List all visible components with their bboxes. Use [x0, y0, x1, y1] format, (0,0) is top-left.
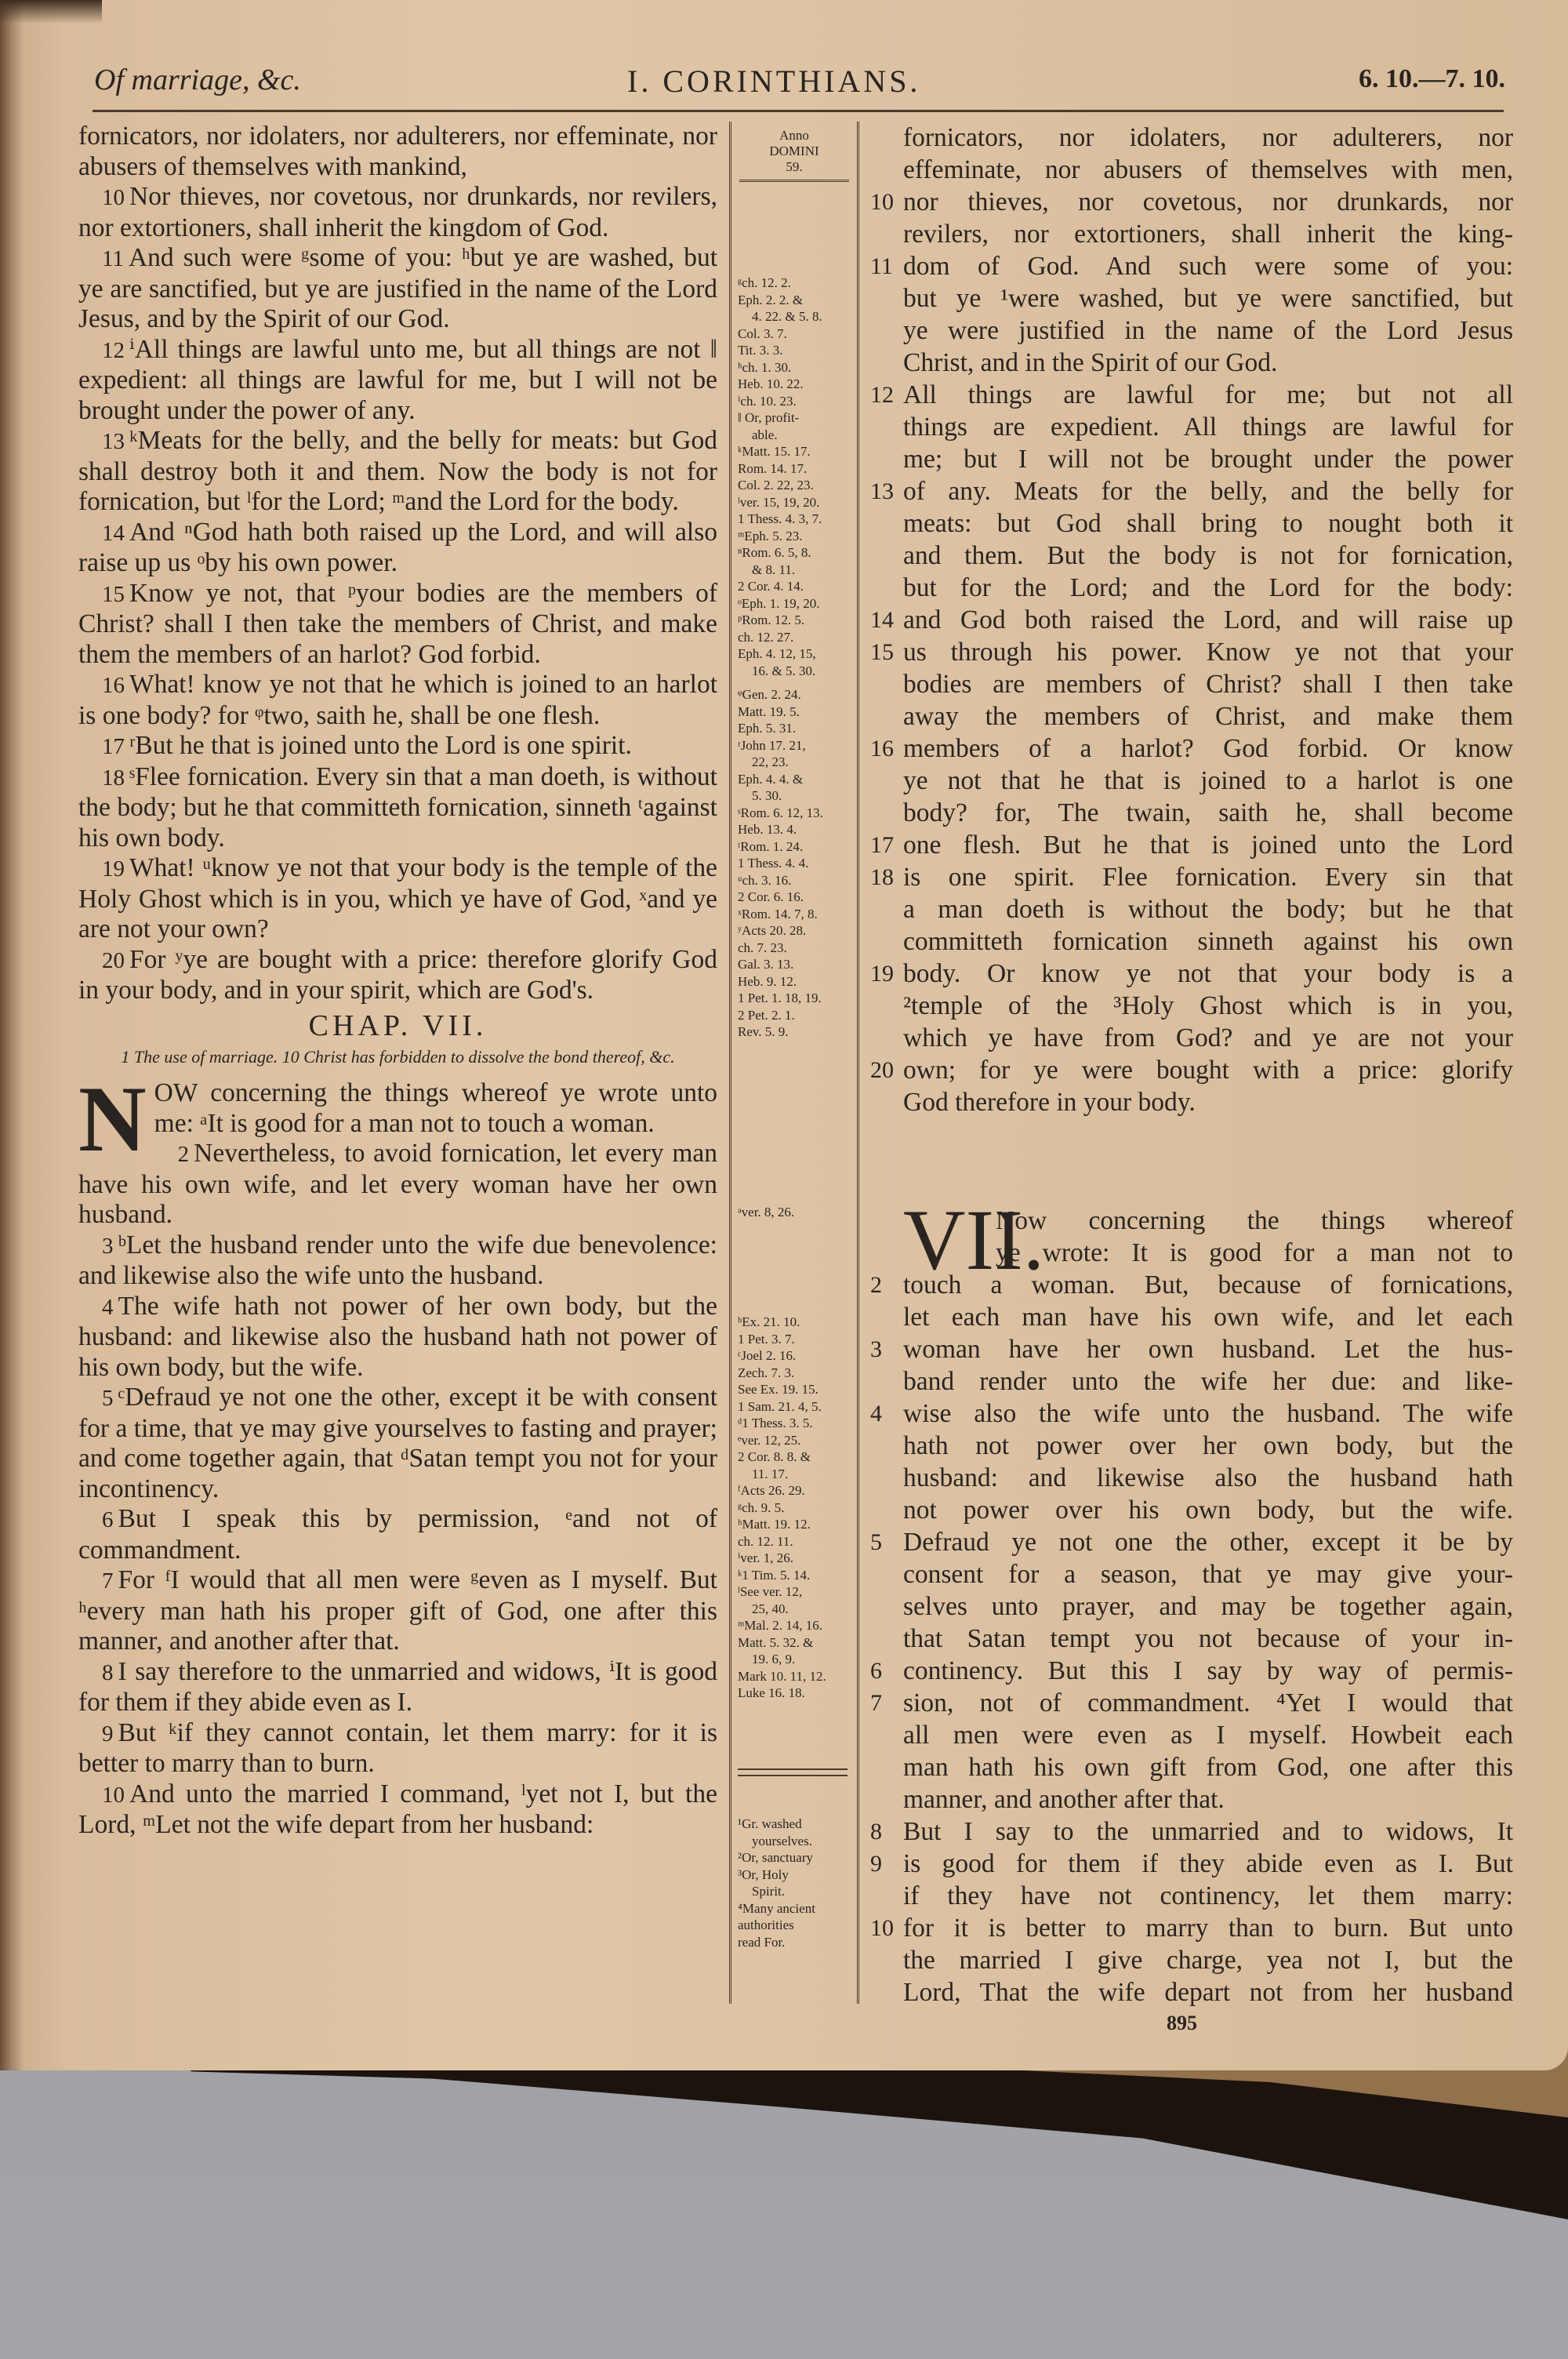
- verse-text: ⁱAll things are lawful unto me, but all …: [78, 335, 717, 425]
- line-text: and them. But the body is not for fornic…: [903, 541, 1513, 570]
- line-text: Christ, and in the Spirit of our God.: [903, 348, 1277, 377]
- verse-number: 15: [102, 582, 125, 607]
- line-text: wise also the wife unto the husband. The…: [903, 1399, 1513, 1428]
- verse-paragraph: 12ⁱAll things are lawful unto me, but al…: [78, 335, 717, 427]
- reference-entry: ¹Gr. washed: [738, 1816, 851, 1833]
- text-line: 14and God both raised the Lord, and will…: [870, 604, 1513, 636]
- line-text: God therefore in your body.: [903, 1088, 1196, 1117]
- chapter-6-verses: fornicators, nor idolaters, nor adultere…: [78, 122, 717, 1006]
- reference-entry: Gal. 3. 13.: [738, 956, 851, 973]
- text-line: 4wise also the wife unto the husband. Th…: [870, 1398, 1513, 1430]
- verse-paragraph: 19What! ᵘknow ye not that your body is t…: [78, 853, 717, 945]
- verse-number: 14: [102, 521, 125, 546]
- verse-number: 4: [102, 1295, 114, 1320]
- reference-entry: Heb. 13. 4.: [738, 821, 851, 838]
- text-line: 8 But I say to the unmarried and to wido…: [870, 1816, 1513, 1848]
- line-text: ye were justified in the name of the Lor…: [903, 316, 1513, 345]
- chapter-7-verses: N OW concerning the things whereof ye wr…: [78, 1078, 717, 1841]
- drop-cap: N: [78, 1081, 147, 1157]
- text-line: 5Defraud ye not one the other, except it…: [870, 1526, 1513, 1558]
- reference-entry: ᵘch. 3. 16.: [738, 872, 851, 889]
- verse-text: What! know ye not that he which is joine…: [78, 670, 717, 730]
- chapter-verse-range: 6. 10.—7. 10.: [1359, 64, 1505, 94]
- line-text: All things are lawful for me; but not al…: [903, 380, 1513, 409]
- verse-number: 16: [870, 732, 894, 765]
- line-text: but for the Lord; and the Lord for the b…: [903, 573, 1513, 602]
- verse-number: 12: [870, 379, 894, 411]
- text-line: 10for it is better to marry than to burn…: [870, 1912, 1513, 1944]
- reference-entry: Eph. 4. 4. &: [738, 771, 851, 788]
- verse-text: What! ᵘknow ye not that your body is the…: [78, 853, 717, 943]
- line-text: me; but I will not be brought under the …: [903, 445, 1513, 474]
- verse-number: 6: [102, 1507, 114, 1532]
- verse-paragraph: 10Nor thieves, nor covetous, nor drunkar…: [78, 182, 717, 243]
- verse-number: 14: [870, 604, 894, 636]
- text-line: 9is good for them if they abide even as …: [870, 1848, 1513, 1880]
- verse-number: 9: [870, 1848, 882, 1880]
- reference-entry: ⁱch. 10. 23.: [738, 393, 851, 410]
- verse-number: 5: [102, 1386, 114, 1411]
- text-line: 2touch a woman. But, because of fornicat…: [870, 1269, 1513, 1301]
- reference-entry: & 8. 11.: [738, 562, 851, 579]
- reference-entry: ˡSee ver. 12,: [738, 1583, 851, 1601]
- reference-entry: ᵒEph. 1. 19, 20.: [738, 595, 851, 612]
- text-line: ye not that he that is joined to a harlo…: [870, 765, 1513, 797]
- verse-paragraph: 15Know ye not, that ᵖyour bodies are the…: [78, 579, 717, 671]
- reference-entry: ⁿRom. 6. 5, 8.: [738, 544, 851, 562]
- margin-references-column: Anno DOMINI 59. ᵍch. 12. 2.Eph. 2. 2. &4…: [729, 122, 859, 2004]
- verse-number: 9: [102, 1721, 114, 1747]
- text-line: 6continency. But this I say by way of pe…: [870, 1655, 1513, 1687]
- reference-entry: Eph. 5. 31.: [738, 720, 851, 737]
- line-text: away the members of Christ, and make the…: [903, 702, 1513, 731]
- reference-entry: Luke 16. 18.: [738, 1685, 851, 1702]
- reference-entry: Mark 10. 11, 12.: [738, 1668, 851, 1685]
- line-text: hath not power over her own body, but th…: [903, 1431, 1513, 1460]
- reference-entry: ᵃver. 8, 26.: [738, 1204, 851, 1221]
- line-text: is one spirit. Flee fornication. Every s…: [903, 863, 1513, 892]
- line-text: consent for a season, that ye may give y…: [903, 1560, 1513, 1589]
- reference-entry: able.: [738, 427, 851, 444]
- page-header: Of marriage, &c. I. CORINTHIANS. 6. 10.—…: [94, 63, 1505, 102]
- line-text: and God both raised the Lord, and will r…: [903, 605, 1513, 634]
- verse-number: 3: [102, 1234, 114, 1259]
- text-line: but ye ¹were washed, but ye were sanctif…: [870, 282, 1513, 314]
- cross-references-block-3: ᵃver. 8, 26.: [738, 1204, 851, 1221]
- reference-entry: ʰMatt. 19. 12.: [738, 1516, 851, 1533]
- text-line: effeminate, nor abusers of themselves wi…: [870, 154, 1513, 186]
- reference-entry: ch. 12. 11.: [738, 1533, 851, 1550]
- line-text: us through his power. Know ye not that y…: [903, 638, 1513, 667]
- line-text: if they have not continency, let them ma…: [903, 1881, 1513, 1910]
- verse-number: 8: [102, 1660, 114, 1685]
- line-text: band render unto the wife her due: and l…: [903, 1367, 1513, 1396]
- line-text: things are expedient. All things are law…: [903, 413, 1513, 442]
- reference-entry: ch. 12. 27.: [738, 629, 851, 646]
- chapter-summary: 1 The use of marriage. 10 Christ has for…: [78, 1047, 717, 1067]
- verse-paragraph: 5ᶜDefraud ye not one the other, except i…: [78, 1383, 717, 1504]
- verse-number: 11: [870, 250, 893, 282]
- line-text: all men were even as I myself. Howbeit e…: [903, 1721, 1513, 1750]
- verse-number: 3: [870, 1333, 882, 1365]
- verse-number: 15: [870, 636, 894, 668]
- line-text: woman have her own husband. Let the hus-: [903, 1335, 1513, 1364]
- reference-entry: Spirit.: [738, 1883, 851, 1900]
- gutter-shadow: [0, 0, 24, 2070]
- verse-number: 5: [870, 1526, 882, 1558]
- verse-text: And ⁿGod hath both raised up the Lord, a…: [78, 518, 717, 578]
- verse-paragraph: OW concerning the things whereof ye wrot…: [78, 1078, 717, 1139]
- reference-entry: read For.: [738, 1934, 851, 1951]
- line-text: continency. But this I say by way of per…: [903, 1656, 1513, 1685]
- verse-paragraph: 17ʳBut he that is joined unto the Lord i…: [78, 731, 717, 762]
- verse-text: For ᶠI would that all men were ᵍeven as …: [78, 1565, 717, 1656]
- book-title: I. CORINTHIANS.: [627, 63, 920, 100]
- text-line: committeth fornication sinneth against h…: [870, 925, 1513, 958]
- margin-rule: [738, 1768, 848, 1776]
- reference-entry: 22, 23.: [738, 754, 851, 771]
- reference-entry: See Ex. 19. 15.: [738, 1381, 851, 1398]
- reference-entry: authorities: [738, 1917, 851, 1934]
- text-line: 20own; for ye were bought with a price: …: [870, 1054, 1513, 1086]
- text-line: selves unto prayer, and may be together …: [870, 1590, 1513, 1623]
- text-line: 7sion, not of commandment. ⁴Yet I would …: [870, 1687, 1513, 1719]
- reference-entry: Matt. 19. 5.: [738, 703, 851, 721]
- reference-entry: ʳJohn 17. 21,: [738, 737, 851, 754]
- verse-text: For ʸye are bought with a price: therefo…: [78, 945, 717, 1005]
- line-text: but ye ¹were washed, but ye were sanctif…: [903, 284, 1513, 313]
- verse-number: 17: [870, 829, 894, 861]
- anno-label: Anno: [739, 128, 849, 144]
- verse-text: I say therefore to the unmarried and wid…: [78, 1657, 717, 1717]
- reference-entry: ᶠActs 26. 29.: [738, 1482, 851, 1499]
- domini-label: DOMINI: [739, 144, 849, 159]
- cross-references-block-1: ᵍch. 12. 2.Eph. 2. 2. &4. 22. & 5. 8.Col…: [738, 274, 851, 679]
- verse-text: And such were ᵍsome of you: ʰbut ye are …: [78, 243, 717, 333]
- verse-number: 16: [102, 673, 125, 698]
- text-line: and them. But the body is not for fornic…: [870, 540, 1513, 572]
- reference-entry: 25, 40.: [738, 1601, 851, 1618]
- reference-entry: Heb. 10. 22.: [738, 376, 851, 393]
- text-line: meats: but God shall bring to nought bot…: [870, 507, 1513, 540]
- line-text: body? for, The twain, saith he, shall be…: [903, 798, 1513, 827]
- verse-paragraph: 8I say therefore to the unmarried and wi…: [78, 1657, 717, 1718]
- reference-entry: Col. 3. 7.: [738, 325, 851, 343]
- text-line: revilers, nor extortioners, shall inheri…: [870, 218, 1513, 250]
- text-line: husband: and likewise also the husband h…: [870, 1462, 1513, 1494]
- line-text: bodies are members of Christ? shall I th…: [903, 670, 1513, 699]
- reference-entry: Rev. 5. 9.: [738, 1023, 851, 1041]
- year-label: 59.: [739, 159, 849, 175]
- line-text: ye not that he that is joined to a harlo…: [903, 766, 1513, 795]
- verse-number: 17: [102, 734, 125, 759]
- verse-number: 18: [102, 765, 125, 791]
- text-line: man hath his own gift from God, one afte…: [870, 1751, 1513, 1783]
- line-text: Defraud ye not one the other, except it …: [903, 1528, 1513, 1557]
- line-text: Now concerning the things whereof: [996, 1206, 1513, 1235]
- header-rule: [93, 110, 1504, 112]
- line-text: effeminate, nor abusers of themselves wi…: [903, 155, 1513, 184]
- verse-text: ᵏMeats for the belly, and the belly for …: [78, 426, 717, 516]
- bible-page: Of marriage, &c. I. CORINTHIANS. 6. 10.—…: [0, 0, 1568, 2070]
- verse-text: And unto the married I command, ˡyet not…: [78, 1779, 717, 1840]
- line-text: touch a woman. But, because of fornicati…: [903, 1270, 1513, 1299]
- verse-text: Nevertheless, to avoid fornication, let …: [78, 1139, 717, 1229]
- verse-paragraph: 11And such were ᵍsome of you: ʰbut ye ar…: [78, 243, 717, 335]
- verse-number: 4: [870, 1398, 882, 1430]
- reference-entry: 2 Pet. 2. 1.: [738, 1007, 851, 1024]
- text-line: 3woman have her own husband. Let the hus…: [870, 1333, 1513, 1365]
- reference-entry: ᵖRom. 12. 5.: [738, 612, 851, 629]
- revised-version-column: fornicators, nor idolaters, nor adultere…: [870, 122, 1513, 2008]
- reference-entry: Rom. 14. 17.: [738, 460, 851, 478]
- line-text: of any. Meats for the belly, and the bel…: [903, 477, 1513, 506]
- reference-entry: ᵏMatt. 15. 17.: [738, 443, 851, 460]
- text-line: 15us through his power. Know ye not that…: [870, 636, 1513, 668]
- verse-number: 6: [870, 1655, 882, 1687]
- reference-entry: 2 Cor. 4. 14.: [738, 578, 851, 595]
- verse-text: ˢFlee fornication. Every sin that a man …: [78, 762, 717, 852]
- verse-text: But ᵏif they cannot contain, let them ma…: [78, 1718, 717, 1779]
- cross-references-block-4: ᵇEx. 21. 10.1 Pet. 3. 7.ᶜJoel 2. 16.Zech…: [738, 1314, 851, 1702]
- verse-paragraph: 14And ⁿGod hath both raised up the Lord,…: [78, 518, 717, 579]
- verse-number: 13: [870, 475, 894, 507]
- text-line: consent for a season, that ye may give y…: [870, 1558, 1513, 1590]
- verse-number: 7: [870, 1687, 882, 1719]
- verse-paragraph: 18ˢFlee fornication. Every sin that a ma…: [78, 762, 717, 854]
- verse-number: 2: [178, 1142, 190, 1167]
- text-line: 16members of a harlot? God forbid. Or kn…: [870, 732, 1513, 765]
- verse-number: 19: [870, 958, 894, 990]
- text-line: 11dom of God. And such were some of you:: [870, 250, 1513, 282]
- chapter-heading: CHAP. VII.: [78, 1011, 717, 1041]
- reference-entry: Tit. 3. 3.: [738, 342, 851, 359]
- verse-text: ᶜDefraud ye not one the other, except it…: [78, 1383, 717, 1503]
- reference-entry: ʸActs 20. 28.: [738, 922, 851, 940]
- line-text: members of a harlot? God forbid. Or know: [903, 734, 1513, 763]
- line-text: own; for ye were bought with a price: gl…: [903, 1056, 1513, 1085]
- verse-number: 20: [102, 948, 125, 973]
- reference-entry: 2 Cor. 8. 8. &: [738, 1448, 851, 1466]
- verse-number: 18: [870, 861, 894, 893]
- reference-entry: 2 Cor. 6. 16.: [738, 889, 851, 906]
- verse-number: 10: [102, 1783, 125, 1808]
- line-text: a man doeth is without the body; but he …: [903, 895, 1513, 924]
- line-text: selves unto prayer, and may be together …: [903, 1592, 1513, 1621]
- line-text: dom of God. And such were some of you:: [903, 252, 1513, 281]
- verse-text: fornicators, nor idolaters, nor adultere…: [78, 122, 717, 181]
- verse-paragraph: 4The wife hath not power of her own body…: [78, 1292, 717, 1383]
- reference-entry: ᵠGen. 2. 24.: [738, 686, 851, 703]
- verse-number: 12: [102, 338, 125, 363]
- text-line: 19body. Or know ye not that your body is…: [870, 958, 1513, 990]
- text-line: not power over his own body, but the wif…: [870, 1494, 1513, 1526]
- text-line: a man doeth is without the body; but he …: [870, 893, 1513, 925]
- verse-number: 20: [870, 1054, 894, 1086]
- line-text: manner, and another after that.: [903, 1785, 1225, 1814]
- reference-entry: ᶜJoel 2. 16.: [738, 1347, 851, 1365]
- verse-number: 10: [870, 186, 894, 218]
- text-line: if they have not continency, let them ma…: [870, 1880, 1513, 1912]
- verse-paragraph: 6But I speak this by permission, ᵉand no…: [78, 1504, 717, 1565]
- text-line: but for the Lord; and the Lord for the b…: [870, 572, 1513, 604]
- verse-number: 13: [102, 429, 125, 454]
- text-line: ye wrote: It is good for a man not to: [870, 1237, 1513, 1269]
- reference-entry: 4. 22. & 5. 8.: [738, 308, 851, 325]
- text-line: things are expedient. All things are law…: [870, 411, 1513, 443]
- line-text: But I say to the unmarried and to widows…: [903, 1817, 1513, 1846]
- verse-paragraph: 7For ᶠI would that all men were ᵍeven as…: [78, 1565, 717, 1657]
- line-text: nor thieves, nor covetous, nor drunkards…: [903, 187, 1513, 216]
- verse-text: ᵇLet the husband render unto the wife du…: [78, 1230, 717, 1291]
- reference-entry: Eph. 4. 12, 15,: [738, 645, 851, 663]
- reference-entry: yourselves.: [738, 1833, 851, 1850]
- text-line: Lord, That the wife depart not from her …: [870, 1976, 1513, 2008]
- reference-entry: ᵉver. 12, 25.: [738, 1432, 851, 1449]
- line-text: body. Or know ye not that your body is a: [903, 959, 1513, 988]
- verse-number: 19: [102, 856, 125, 881]
- line-text: meats: but God shall bring to nought bot…: [903, 509, 1513, 538]
- reference-entry: ᵐEph. 5. 23.: [738, 528, 851, 545]
- reference-entry: ‖ Or, profit-: [738, 409, 851, 427]
- text-line: ²temple of the ³Holy Ghost which is in y…: [870, 990, 1513, 1022]
- text-line: ye were justified in the name of the Lor…: [870, 314, 1513, 347]
- line-text: not power over his own body, but the wif…: [903, 1496, 1513, 1525]
- line-text: revilers, nor extortioners, shall inheri…: [903, 220, 1513, 249]
- reference-entry: Eph. 2. 2. &: [738, 292, 851, 309]
- line-text: committeth fornication sinneth against h…: [903, 927, 1513, 956]
- reference-entry: 19. 6, 9.: [738, 1651, 851, 1668]
- line-text: Lord, That the wife depart not from her …: [903, 1978, 1513, 2007]
- reference-entry: ²Or, sanctuary: [738, 1849, 851, 1866]
- text-line: all men were even as I myself. Howbeit e…: [870, 1719, 1513, 1751]
- line-text: ²temple of the ³Holy Ghost which is in y…: [903, 991, 1513, 1020]
- verse-number: 8: [870, 1816, 882, 1848]
- reference-entry: Matt. 5. 32. &: [738, 1634, 851, 1652]
- text-line: that Satan tempt you not because of your…: [870, 1623, 1513, 1655]
- rv-chapter-7-lines: Now concerning the things whereofye wrot…: [870, 1205, 1513, 2008]
- text-line: manner, and another after that.: [870, 1783, 1513, 1816]
- reference-entry: ᵏ1 Tim. 5. 14.: [738, 1567, 851, 1584]
- line-text: husband: and likewise also the husband h…: [903, 1463, 1513, 1492]
- line-text: man hath his own gift from God, one afte…: [903, 1753, 1513, 1782]
- verse-text: Know ye not, that ᵖyour bodies are the m…: [78, 579, 717, 669]
- reference-entry: ᵍch. 12. 2.: [738, 274, 851, 292]
- line-text: sion, not of commandment. ⁴Yet I would t…: [903, 1688, 1513, 1717]
- cross-references-block-2: ᵠGen. 2. 24.Matt. 19. 5.Eph. 5. 31.ʳJohn…: [738, 686, 851, 1041]
- line-text: that Satan tempt you not because of your…: [903, 1624, 1513, 1653]
- text-line: away the members of Christ, and make the…: [870, 700, 1513, 732]
- line-text: which ye have from God? and ye are not y…: [903, 1023, 1513, 1052]
- reference-entry: ch. 7. 23.: [738, 940, 851, 957]
- reference-entry: Zech. 7. 3.: [738, 1365, 851, 1382]
- reference-entry: ʰch. 1. 30.: [738, 359, 851, 376]
- line-text: is good for them if they abide even as I…: [903, 1849, 1513, 1878]
- text-line: let each man have his own wife, and let …: [870, 1301, 1513, 1333]
- reference-entry: 11. 17.: [738, 1466, 851, 1483]
- reference-entry: 1 Thess. 4. 3, 7.: [738, 511, 851, 528]
- line-text: for it is better to marry than to burn. …: [903, 1914, 1513, 1943]
- revised-version-notes: ¹Gr. washedyourselves.²Or, sanctuary³Or,…: [738, 1816, 851, 1950]
- verse-text: The wife hath not power of her own body,…: [78, 1292, 717, 1382]
- text-line: Christ, and in the Spirit of our God.: [870, 347, 1513, 379]
- running-head: Of marriage, &c.: [94, 63, 301, 97]
- verse-paragraph: 16What! know ye not that he which is joi…: [78, 670, 717, 731]
- reference-entry: 16. & 5. 30.: [738, 663, 851, 680]
- reference-entry: Heb. 9. 12.: [738, 973, 851, 990]
- text-line: bodies are members of Christ? shall I th…: [870, 668, 1513, 700]
- verse-paragraph: 20For ʸye are bought with a price: there…: [78, 945, 717, 1006]
- text-line: the married I give charge, yea not I, bu…: [870, 1944, 1513, 1976]
- reference-entry: ᵇEx. 21. 10.: [738, 1314, 851, 1331]
- reference-entry: ˣRom. 14. 7, 8.: [738, 906, 851, 923]
- reference-entry: 1 Sam. 21. 4, 5.: [738, 1398, 851, 1416]
- text-line: 17one flesh. But he that is joined unto …: [870, 829, 1513, 861]
- reference-entry: ⁴Many ancient: [738, 1900, 851, 1917]
- verse-text: OW concerning the things whereof ye wrot…: [154, 1078, 717, 1138]
- line-text: the married I give charge, yea not I, bu…: [903, 1946, 1513, 1975]
- verse-text: Nor thieves, nor covetous, nor drunkards…: [78, 182, 717, 242]
- text-line: 13of any. Meats for the belly, and the b…: [870, 475, 1513, 507]
- reference-entry: ᵗRom. 1. 24.: [738, 838, 851, 856]
- reference-entry: Col. 2. 22, 23.: [738, 477, 851, 494]
- anno-domini-box: Anno DOMINI 59.: [739, 122, 849, 182]
- rv-chapter-7: VII. Now concerning the things whereofye…: [870, 1205, 1513, 2008]
- authorized-version-column: fornicators, nor idolaters, nor adultere…: [78, 122, 717, 1841]
- reference-entry: ⁱver. 1, 26.: [738, 1550, 851, 1567]
- verse-number: 7: [102, 1568, 114, 1594]
- reference-entry: 1 Pet. 1. 18, 19.: [738, 990, 851, 1007]
- corner-shadow: [0, 0, 102, 24]
- verse-paragraph: 13ᵏMeats for the belly, and the belly fo…: [78, 426, 717, 518]
- line-text: fornicators, nor idolaters, nor adultere…: [903, 123, 1513, 152]
- page-number: 895: [1167, 2012, 1197, 2035]
- verse-paragraph: 2Nevertheless, to avoid fornication, let…: [78, 1139, 717, 1230]
- verse-number: 10: [102, 185, 125, 210]
- reference-entry: 5. 30.: [738, 787, 851, 805]
- text-line: hath not power over her own body, but th…: [870, 1430, 1513, 1462]
- text-line: 10nor thieves, nor covetous, nor drunkar…: [870, 186, 1513, 218]
- text-line: which ye have from God? and ye are not y…: [870, 1022, 1513, 1054]
- verse-number: 11: [102, 246, 124, 271]
- text-line: fornicators, nor idolaters, nor adultere…: [870, 122, 1513, 154]
- reference-entry: ˢRom. 6. 12, 13.: [738, 805, 851, 822]
- verse-paragraph: 9But ᵏif they cannot contain, let them m…: [78, 1718, 717, 1779]
- line-text: one flesh. But he that is joined unto th…: [903, 831, 1513, 860]
- reference-entry: ᵐMal. 2. 14, 16.: [738, 1617, 851, 1634]
- reference-entry: 1 Thess. 4. 4.: [738, 855, 851, 872]
- text-line: me; but I will not be brought under the …: [870, 443, 1513, 475]
- reference-entry: ˡver. 15, 19, 20.: [738, 494, 851, 511]
- line-text: let each man have his own wife, and let …: [903, 1303, 1513, 1332]
- rv-chapter-6-lines: fornicators, nor idolaters, nor adultere…: [870, 122, 1513, 1118]
- text-line: 18is one spirit. Flee fornication. Every…: [870, 861, 1513, 893]
- line-text: ye wrote: It is good for a man not to: [996, 1238, 1513, 1267]
- reference-entry: ³Or, Holy: [738, 1866, 851, 1884]
- text-line: 12 All things are lawful for me; but not…: [870, 379, 1513, 411]
- reference-entry: ᵈ1 Thess. 3. 5.: [738, 1415, 851, 1432]
- reference-entry: ᵍch. 9. 5.: [738, 1499, 851, 1517]
- text-line: band render unto the wife her due: and l…: [870, 1365, 1513, 1398]
- text-line: body? for, The twain, saith he, shall be…: [870, 797, 1513, 829]
- verse-paragraph: 3ᵇLet the husband render unto the wife d…: [78, 1230, 717, 1292]
- verse-text: But I speak this by permission, ᵉand not…: [78, 1504, 717, 1565]
- verse-number: 10: [870, 1912, 894, 1944]
- text-line: Now concerning the things whereof: [870, 1205, 1513, 1237]
- verse-text: ʳBut he that is joined unto the Lord is …: [129, 731, 632, 760]
- reference-entry: 1 Pet. 3. 7.: [738, 1331, 851, 1348]
- verse-paragraph: 10And unto the married I command, ˡyet n…: [78, 1779, 717, 1841]
